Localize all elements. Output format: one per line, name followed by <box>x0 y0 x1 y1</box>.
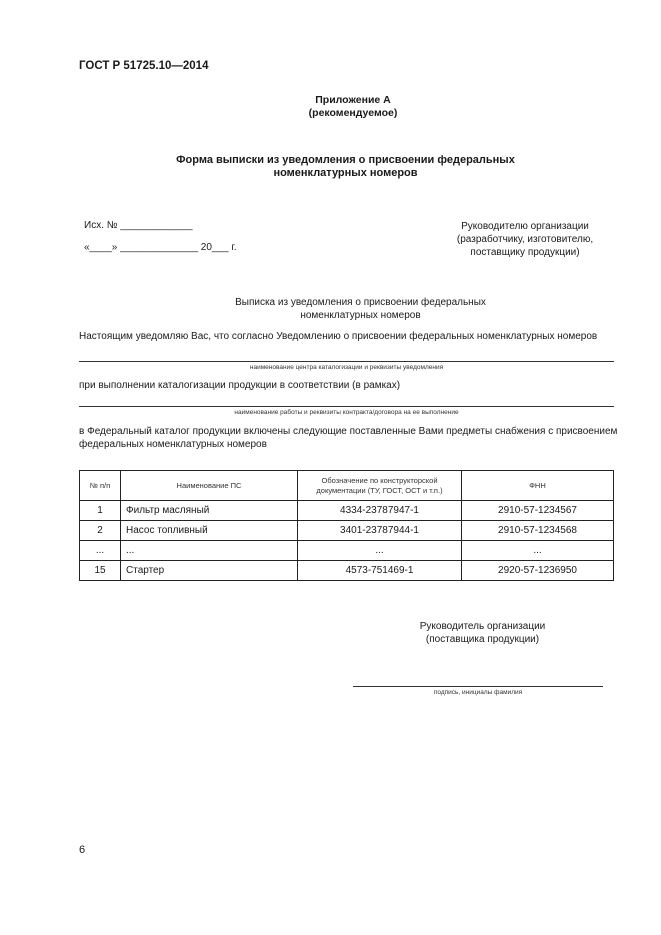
cataloging-paragraph: при выполнении каталогизации продукции в… <box>79 380 400 391</box>
page-number: 6 <box>79 844 85 856</box>
appendix-title: Приложение А <box>0 94 661 107</box>
form-title-line2: номенклатурных номеров <box>0 167 661 180</box>
included-paragraph: в Федеральный каталог продукции включены… <box>79 425 617 451</box>
cell-index: 15 <box>80 561 121 581</box>
fill-line-contract <box>79 406 614 407</box>
signer-line1: Руководитель организации <box>400 620 565 633</box>
caption-catalog-center: наименование центра каталогизации и рекв… <box>79 364 614 371</box>
cell-index: 1 <box>80 501 121 521</box>
signature-caption: подпись, инициалы фамилия <box>353 689 603 696</box>
intro-paragraph: Настоящим уведомляю Вас, что согласно Ув… <box>79 331 597 342</box>
cell-fnn: 2910-57-1234568 <box>462 521 614 541</box>
cell-name: Насос топливный <box>121 521 298 541</box>
cell-name: Стартер <box>121 561 298 581</box>
outgoing-date: «____» ______________ 20___ г. <box>84 242 237 253</box>
header-designation: Обозначение по конструкторской документа… <box>298 471 462 501</box>
excerpt-title-line2: номенклатурных номеров <box>30 309 661 322</box>
header-fnn: ФНН <box>462 471 614 501</box>
excerpt-title-line1: Выписка из уведомления о присвоении феде… <box>30 296 661 309</box>
cell-index: 2 <box>80 521 121 541</box>
form-title: Форма выписки из уведомления о присвоени… <box>0 154 661 180</box>
table-header-row: № п/п Наименование ПС Обозначение по кон… <box>80 471 614 501</box>
signer-title: Руководитель организации (поставщика про… <box>400 620 565 646</box>
fill-line-catalog-center <box>79 361 614 362</box>
cell-name: Фильтр масляный <box>121 501 298 521</box>
included-line1: в Федеральный каталог продукции включены… <box>79 425 617 438</box>
appendix-heading: Приложение А (рекомендуемое) <box>0 94 661 120</box>
caption-contract: наименование работы и реквизиты контракт… <box>79 409 614 416</box>
addressee-line3: поставщику продукции) <box>440 246 610 259</box>
table-row: 15 Стартер 4573-751469-1 2920-57-1236950 <box>80 561 614 581</box>
cell-fnn: 2910-57-1234567 <box>462 501 614 521</box>
included-line2: федеральных номенклатурных номеров <box>79 438 617 451</box>
outgoing-number: Исх. № _____________ <box>84 220 193 231</box>
table-row: ... ... ... ... <box>80 541 614 561</box>
excerpt-title: Выписка из уведомления о присвоении феде… <box>0 296 661 322</box>
form-title-line1: Форма выписки из уведомления о присвоени… <box>0 154 661 167</box>
addressee-line2: (разработчику, изготовителю, <box>440 233 610 246</box>
cell-name: ... <box>121 541 298 561</box>
signer-line2: (поставщика продукции) <box>400 633 565 646</box>
addressee: Руководителю организации (разработчику, … <box>440 220 610 259</box>
cell-designation: 4334-23787947-1 <box>298 501 462 521</box>
appendix-status: (рекомендуемое) <box>0 107 661 120</box>
addressee-line1: Руководителю организации <box>440 220 610 233</box>
cell-designation: 4573-751469-1 <box>298 561 462 581</box>
cell-fnn: 2920-57-1236950 <box>462 561 614 581</box>
standard-code: ГОСТ Р 51725.10—2014 <box>79 60 208 72</box>
table-row: 1 Фильтр масляный 4334-23787947-1 2910-5… <box>80 501 614 521</box>
cell-designation: 3401-23787944-1 <box>298 521 462 541</box>
cell-fnn: ... <box>462 541 614 561</box>
header-name: Наименование ПС <box>121 471 298 501</box>
items-table: № п/п Наименование ПС Обозначение по кон… <box>79 470 614 581</box>
cell-designation: ... <box>298 541 462 561</box>
table-row: 2 Насос топливный 3401-23787944-1 2910-5… <box>80 521 614 541</box>
header-index: № п/п <box>80 471 121 501</box>
cell-index: ... <box>80 541 121 561</box>
signature-line <box>353 686 603 687</box>
